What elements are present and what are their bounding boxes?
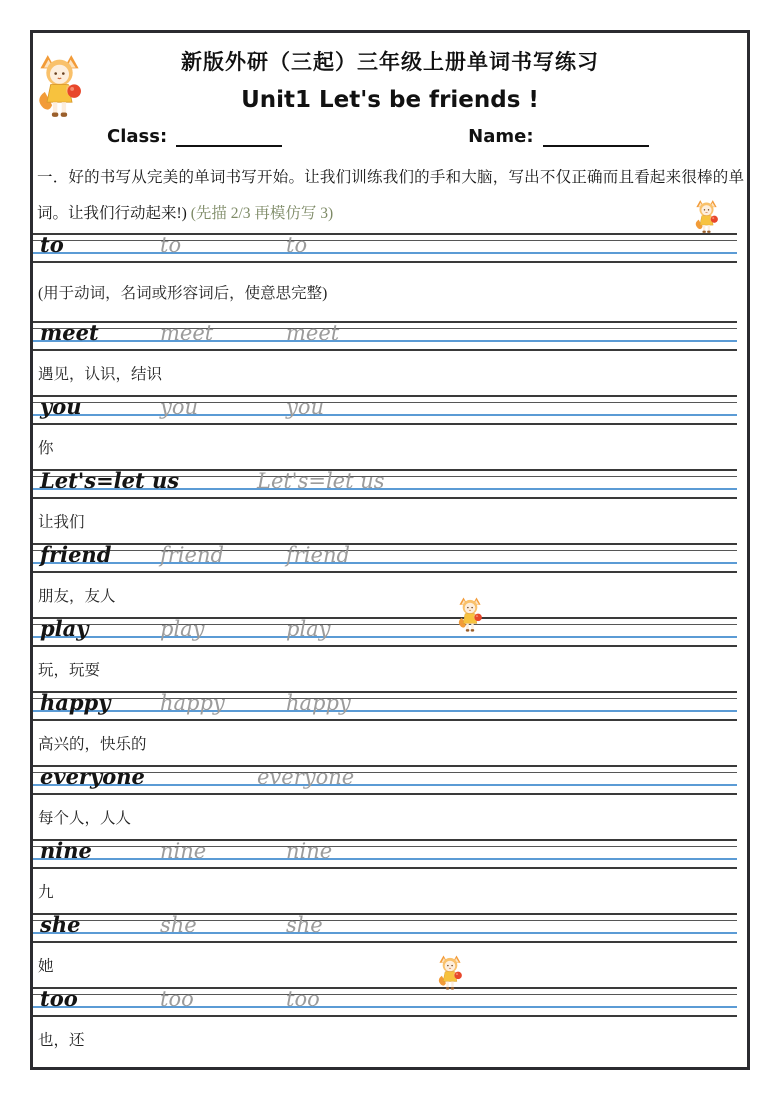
- word-trace: friend: [160, 542, 224, 568]
- guide-line: [33, 846, 737, 847]
- guide-line: [33, 698, 737, 699]
- word-sample: too: [40, 986, 78, 1012]
- class-blank-field[interactable]: [176, 131, 282, 147]
- name-label: Name:: [468, 126, 533, 147]
- guide-line: [33, 402, 737, 403]
- word-trace: she: [286, 912, 323, 938]
- word-trace: you: [160, 394, 198, 420]
- fox-mascot-icon: [437, 954, 463, 991]
- word-trace: play: [286, 616, 331, 642]
- guide-line: [33, 624, 737, 625]
- definition-nine: 九: [33, 869, 747, 913]
- word-sample: she: [40, 912, 80, 938]
- definition-friend: 朋友，友人: [33, 573, 747, 617]
- word-trace: you: [286, 394, 324, 420]
- definition-text: 你: [38, 436, 54, 458]
- definition-she: 她: [33, 943, 747, 987]
- word-trace: too: [286, 986, 320, 1012]
- word-trace: too: [160, 986, 194, 1012]
- word-trace: everyone: [257, 764, 354, 790]
- baseline: [33, 932, 737, 934]
- definition-text: 高兴的，快乐的: [38, 732, 147, 754]
- baseline: [33, 858, 737, 860]
- word-trace: play: [160, 616, 205, 642]
- word-sample: everyone: [40, 764, 145, 790]
- definition-you: 你: [33, 425, 747, 469]
- page-title: 新版外研（三起）三年级上册单词书写练习: [43, 46, 737, 76]
- baseline: [33, 340, 737, 342]
- word-trace: to: [160, 232, 181, 258]
- baseline: [33, 414, 737, 416]
- word-sample: happy: [40, 690, 110, 716]
- fox-mascot-icon: [457, 596, 483, 633]
- baseline: [33, 1006, 737, 1008]
- writing-line-play[interactable]: play play play: [33, 617, 737, 647]
- definition-text: 让我们: [38, 510, 85, 532]
- baseline: [33, 636, 737, 638]
- word-sample: Let's=let us: [40, 468, 179, 494]
- definition-everyone: 每个人，人人: [33, 795, 747, 839]
- definition-meet: 遇见，认识，结识: [33, 351, 747, 395]
- fox-mascot-icon: [694, 199, 719, 234]
- definition-play: 玩，玩耍: [33, 647, 747, 691]
- class-name-row: Class: Name:: [33, 126, 747, 147]
- word-trace: Let's=let us: [257, 468, 385, 494]
- baseline: [33, 710, 737, 712]
- definition-happy: 高兴的，快乐的: [33, 721, 747, 765]
- writing-line-too[interactable]: too too too: [33, 987, 737, 1017]
- writing-practice-table: to to to (用于动词，名词或形容词后，使意思完整) meet meet …: [33, 233, 747, 1061]
- class-label: Class:: [107, 126, 167, 147]
- word-sample: nine: [40, 838, 92, 864]
- guide-line: [33, 240, 737, 241]
- guide-line: [33, 328, 737, 329]
- word-trace: happy: [160, 690, 225, 716]
- word-sample: meet: [40, 320, 99, 346]
- definition-to: (用于动词，名词或形容词后，使意思完整): [33, 263, 747, 321]
- name-blank-field[interactable]: [543, 131, 649, 147]
- word-trace: meet: [286, 320, 339, 346]
- word-sample: to: [40, 232, 64, 258]
- guide-line: [33, 994, 737, 995]
- definition-text: 她: [38, 954, 54, 976]
- word-trace: meet: [160, 320, 213, 346]
- word-sample: you: [40, 394, 81, 420]
- word-sample: play: [40, 616, 88, 642]
- word-trace: nine: [286, 838, 332, 864]
- word-trace: happy: [286, 690, 351, 716]
- writing-line-friend[interactable]: friend friend friend: [33, 543, 737, 573]
- word-trace: she: [160, 912, 197, 938]
- unit-subtitle: Unit1 Let's be friends !: [33, 87, 747, 113]
- guide-line: [33, 920, 737, 921]
- definition-text: 每个人，人人: [38, 806, 131, 828]
- definition-lets: 让我们: [33, 499, 747, 543]
- writing-line-happy[interactable]: happy happy happy: [33, 691, 737, 721]
- instruction-note: (先描 2/3 再模仿写 3): [191, 205, 334, 222]
- definition-text: (用于动词，名词或形容词后，使意思完整): [38, 281, 327, 303]
- instruction-text: 一．好的书写从完美的单词书写开始。让我们训练我们的手和大脑，写出不仅正确而且看起…: [37, 169, 744, 222]
- writing-line-you[interactable]: you you you: [33, 395, 737, 425]
- baseline: [33, 562, 737, 564]
- writing-line-everyone[interactable]: everyone everyone: [33, 765, 737, 795]
- word-trace: to: [286, 232, 307, 258]
- writing-line-meet[interactable]: meet meet meet: [33, 321, 737, 351]
- writing-line-nine[interactable]: nine nine nine: [33, 839, 737, 869]
- definition-text: 遇见，认识，结识: [38, 362, 162, 384]
- definition-text: 朋友，友人: [38, 584, 116, 606]
- word-sample: friend: [40, 542, 111, 568]
- writing-line-lets[interactable]: Let's=let us Let's=let us: [33, 469, 737, 499]
- worksheet-frame: 新版外研（三起）三年级上册单词书写练习 Unit1 Let's be frien…: [30, 30, 750, 1070]
- writing-line-to[interactable]: to to to: [33, 233, 737, 263]
- guide-line: [33, 550, 737, 551]
- definition-text: 也，还: [38, 1028, 85, 1050]
- definition-too: 也，还: [33, 1017, 747, 1061]
- instruction-paragraph: 一．好的书写从完美的单词书写开始。让我们训练我们的手和大脑，写出不仅正确而且看起…: [37, 160, 744, 232]
- word-trace: friend: [286, 542, 350, 568]
- definition-text: 九: [38, 880, 54, 902]
- baseline: [33, 252, 737, 254]
- fox-mascot-icon: [36, 53, 83, 119]
- definition-text: 玩，玩耍: [38, 658, 100, 680]
- word-trace: nine: [160, 838, 206, 864]
- writing-line-she[interactable]: she she she: [33, 913, 737, 943]
